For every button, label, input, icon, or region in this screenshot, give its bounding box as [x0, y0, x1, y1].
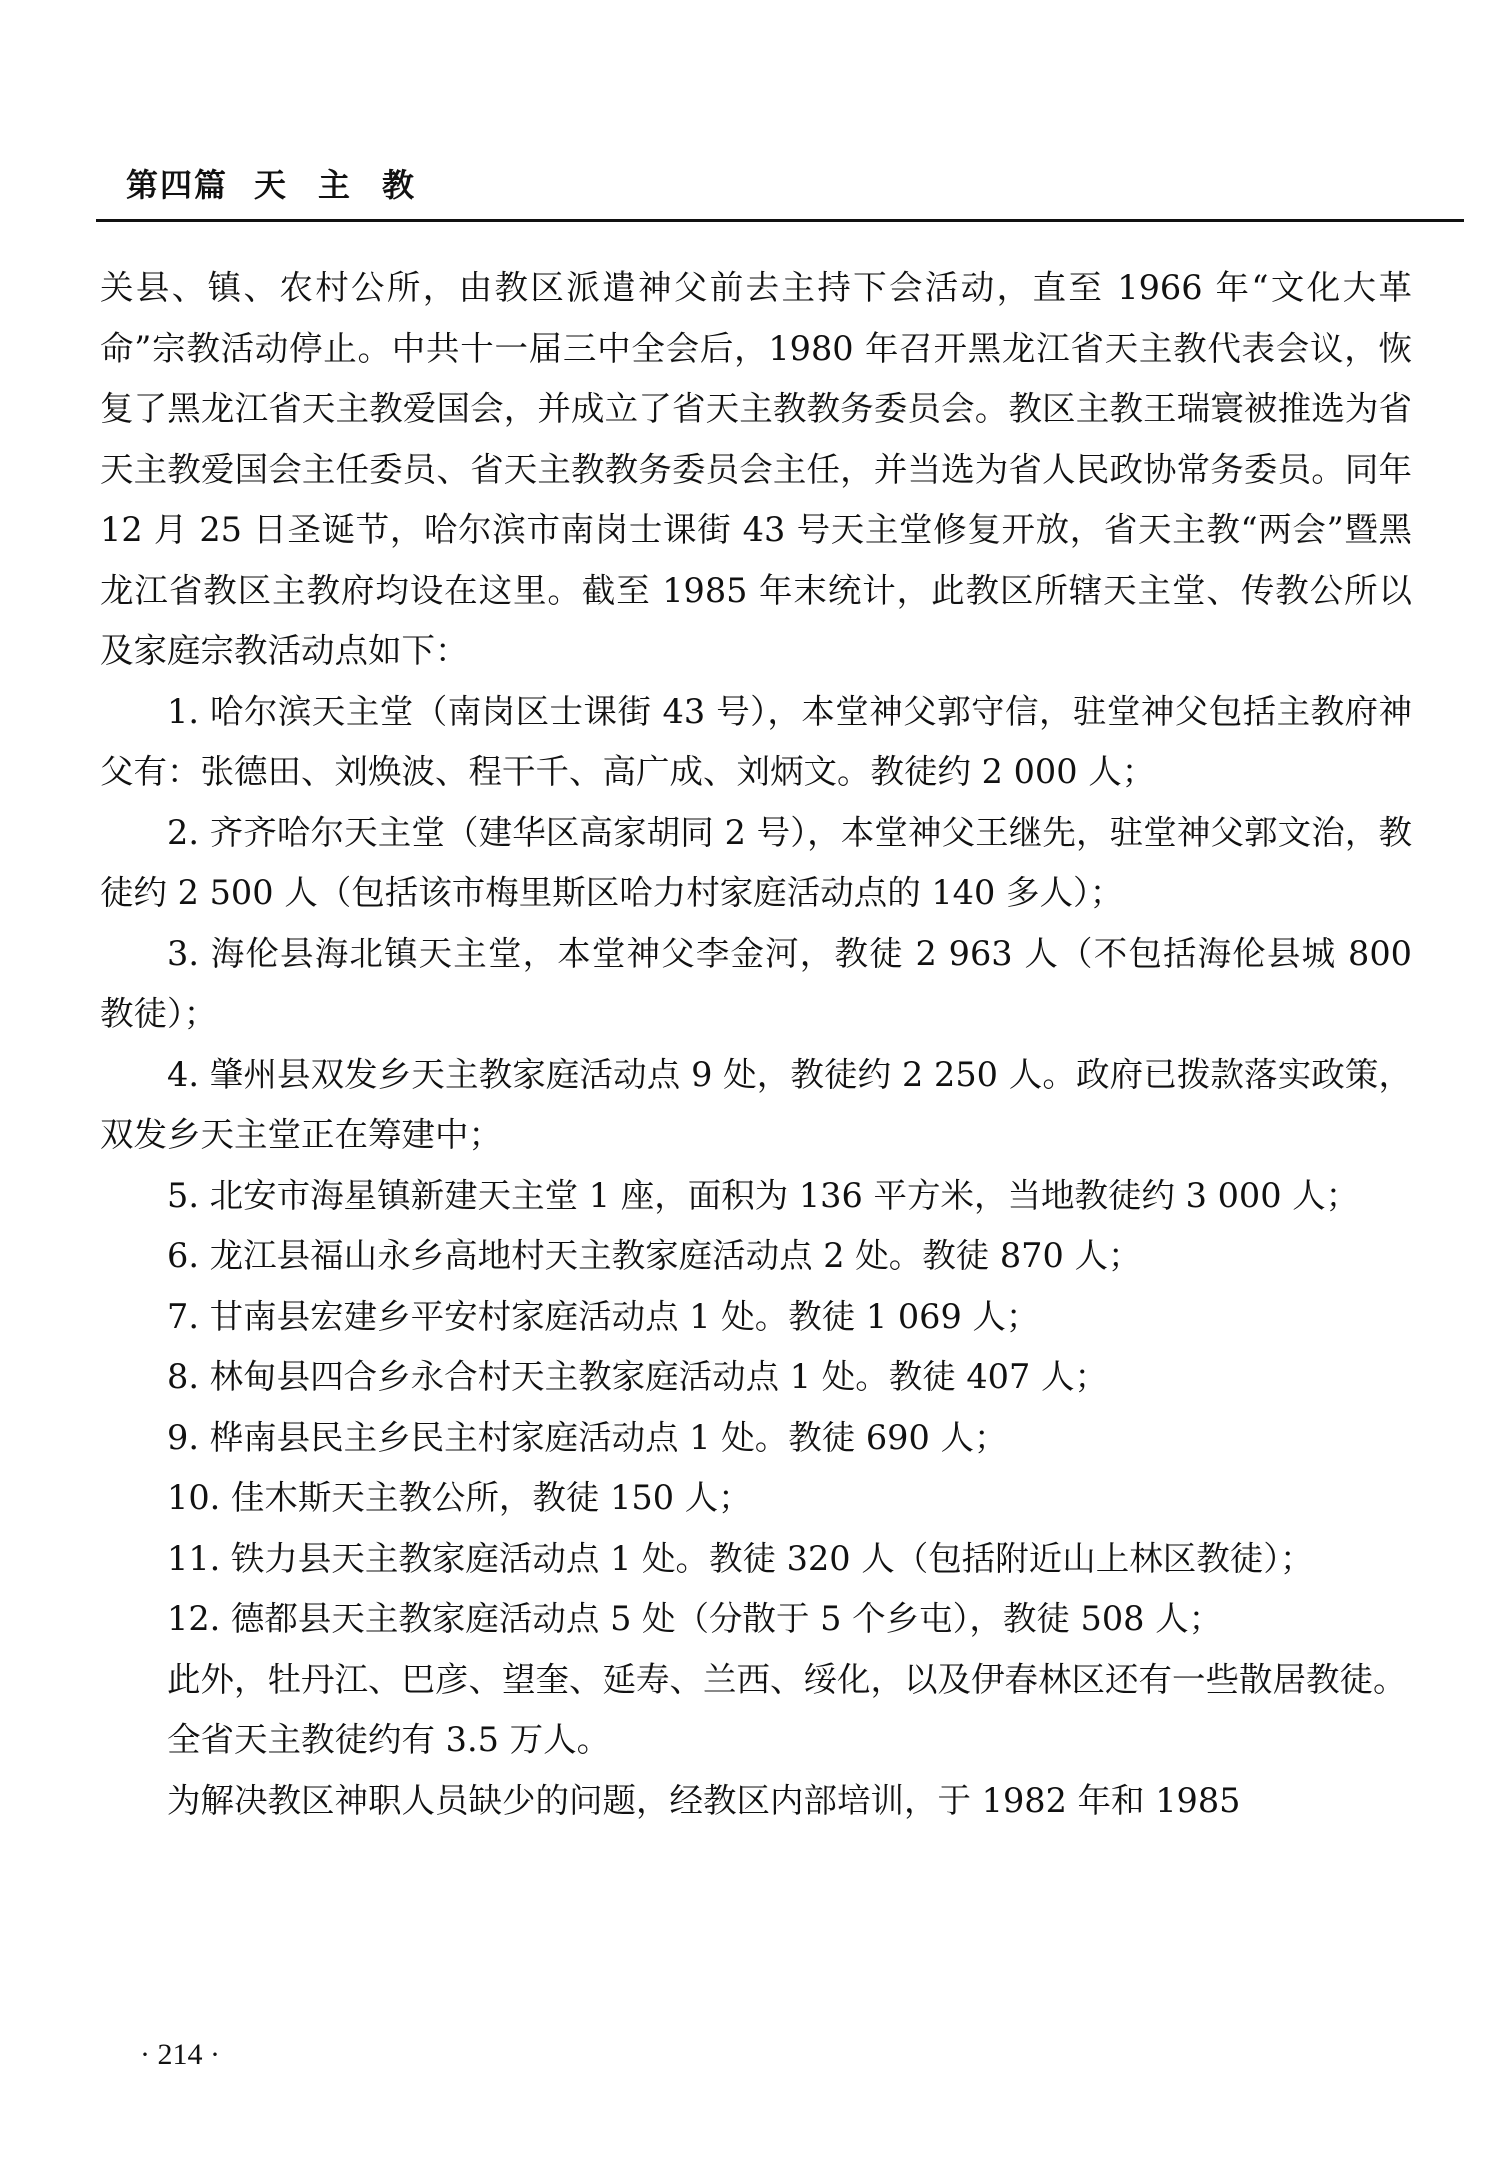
paragraph-others: 此外，牡丹江、巴彦、望奎、延寿、兰西、绥化，以及伊春林区还有一些散居教徒。 — [100, 1650, 1412, 1711]
list-item: 4. 肇州县双发乡天主教家庭活动点 9 处，教徒约 2 250 人。政府已拨款落… — [100, 1045, 1412, 1166]
list-item: 5. 北安市海星镇新建天主堂 1 座，面积为 136 平方米，当地教徒约 3 0… — [100, 1166, 1412, 1227]
title-char: 主 — [318, 166, 352, 204]
list-item: 7. 甘南县宏建乡平安村家庭活动点 1 处。教徒 1 069 人； — [100, 1287, 1412, 1348]
title-char: 教 — [382, 166, 416, 204]
list-item: 8. 林甸县四合乡永合村天主教家庭活动点 1 处。教徒 407 人； — [100, 1347, 1412, 1408]
paragraph-intro: 关县、镇、农村公所，由教区派遣神父前去主持下会活动，直至 1966 年“文化大革… — [100, 258, 1412, 682]
list-item: 2. 齐齐哈尔天主堂（建华区高家胡同 2 号），本堂神父王继先，驻堂神父郭文治，… — [100, 803, 1412, 924]
list-item: 3. 海伦县海北镇天主堂，本堂神父李金河，教徒 2 963 人（不包括海伦县城 … — [100, 924, 1412, 1045]
running-header: 第四篇天主教 — [126, 160, 416, 206]
header-rule — [96, 219, 1464, 222]
paragraph-total: 全省天主教徒约有 3.5 万人。 — [100, 1710, 1412, 1771]
list-item: 12. 德都县天主教家庭活动点 5 处（分散于 5 个乡屯），教徒 508 人； — [100, 1589, 1412, 1650]
list-item: 9. 桦南县民主乡民主村家庭活动点 1 处。教徒 690 人； — [100, 1408, 1412, 1469]
list-item: 10. 佳木斯天主教公所，教徒 150 人； — [100, 1468, 1412, 1529]
part-label: 第四篇 — [126, 166, 228, 204]
body-text: 关县、镇、农村公所，由教区派遣神父前去主持下会活动，直至 1966 年“文化大革… — [100, 258, 1412, 1831]
title-char: 天 — [254, 166, 288, 204]
list-item: 6. 龙江县福山永乡高地村天主教家庭活动点 2 处。教徒 870 人； — [100, 1226, 1412, 1287]
list-item: 1. 哈尔滨天主堂（南岗区士课街 43 号），本堂神父郭守信，驻堂神父包括主教府… — [100, 682, 1412, 803]
page-number: · 214 · — [140, 2038, 220, 2072]
paragraph-clergy: 为解决教区神职人员缺少的问题，经教区内部培训，于 1982 年和 1985 — [100, 1771, 1412, 1832]
list-item: 11. 铁力县天主教家庭活动点 1 处。教徒 320 人（包括附近山上林区教徒）… — [100, 1529, 1412, 1590]
